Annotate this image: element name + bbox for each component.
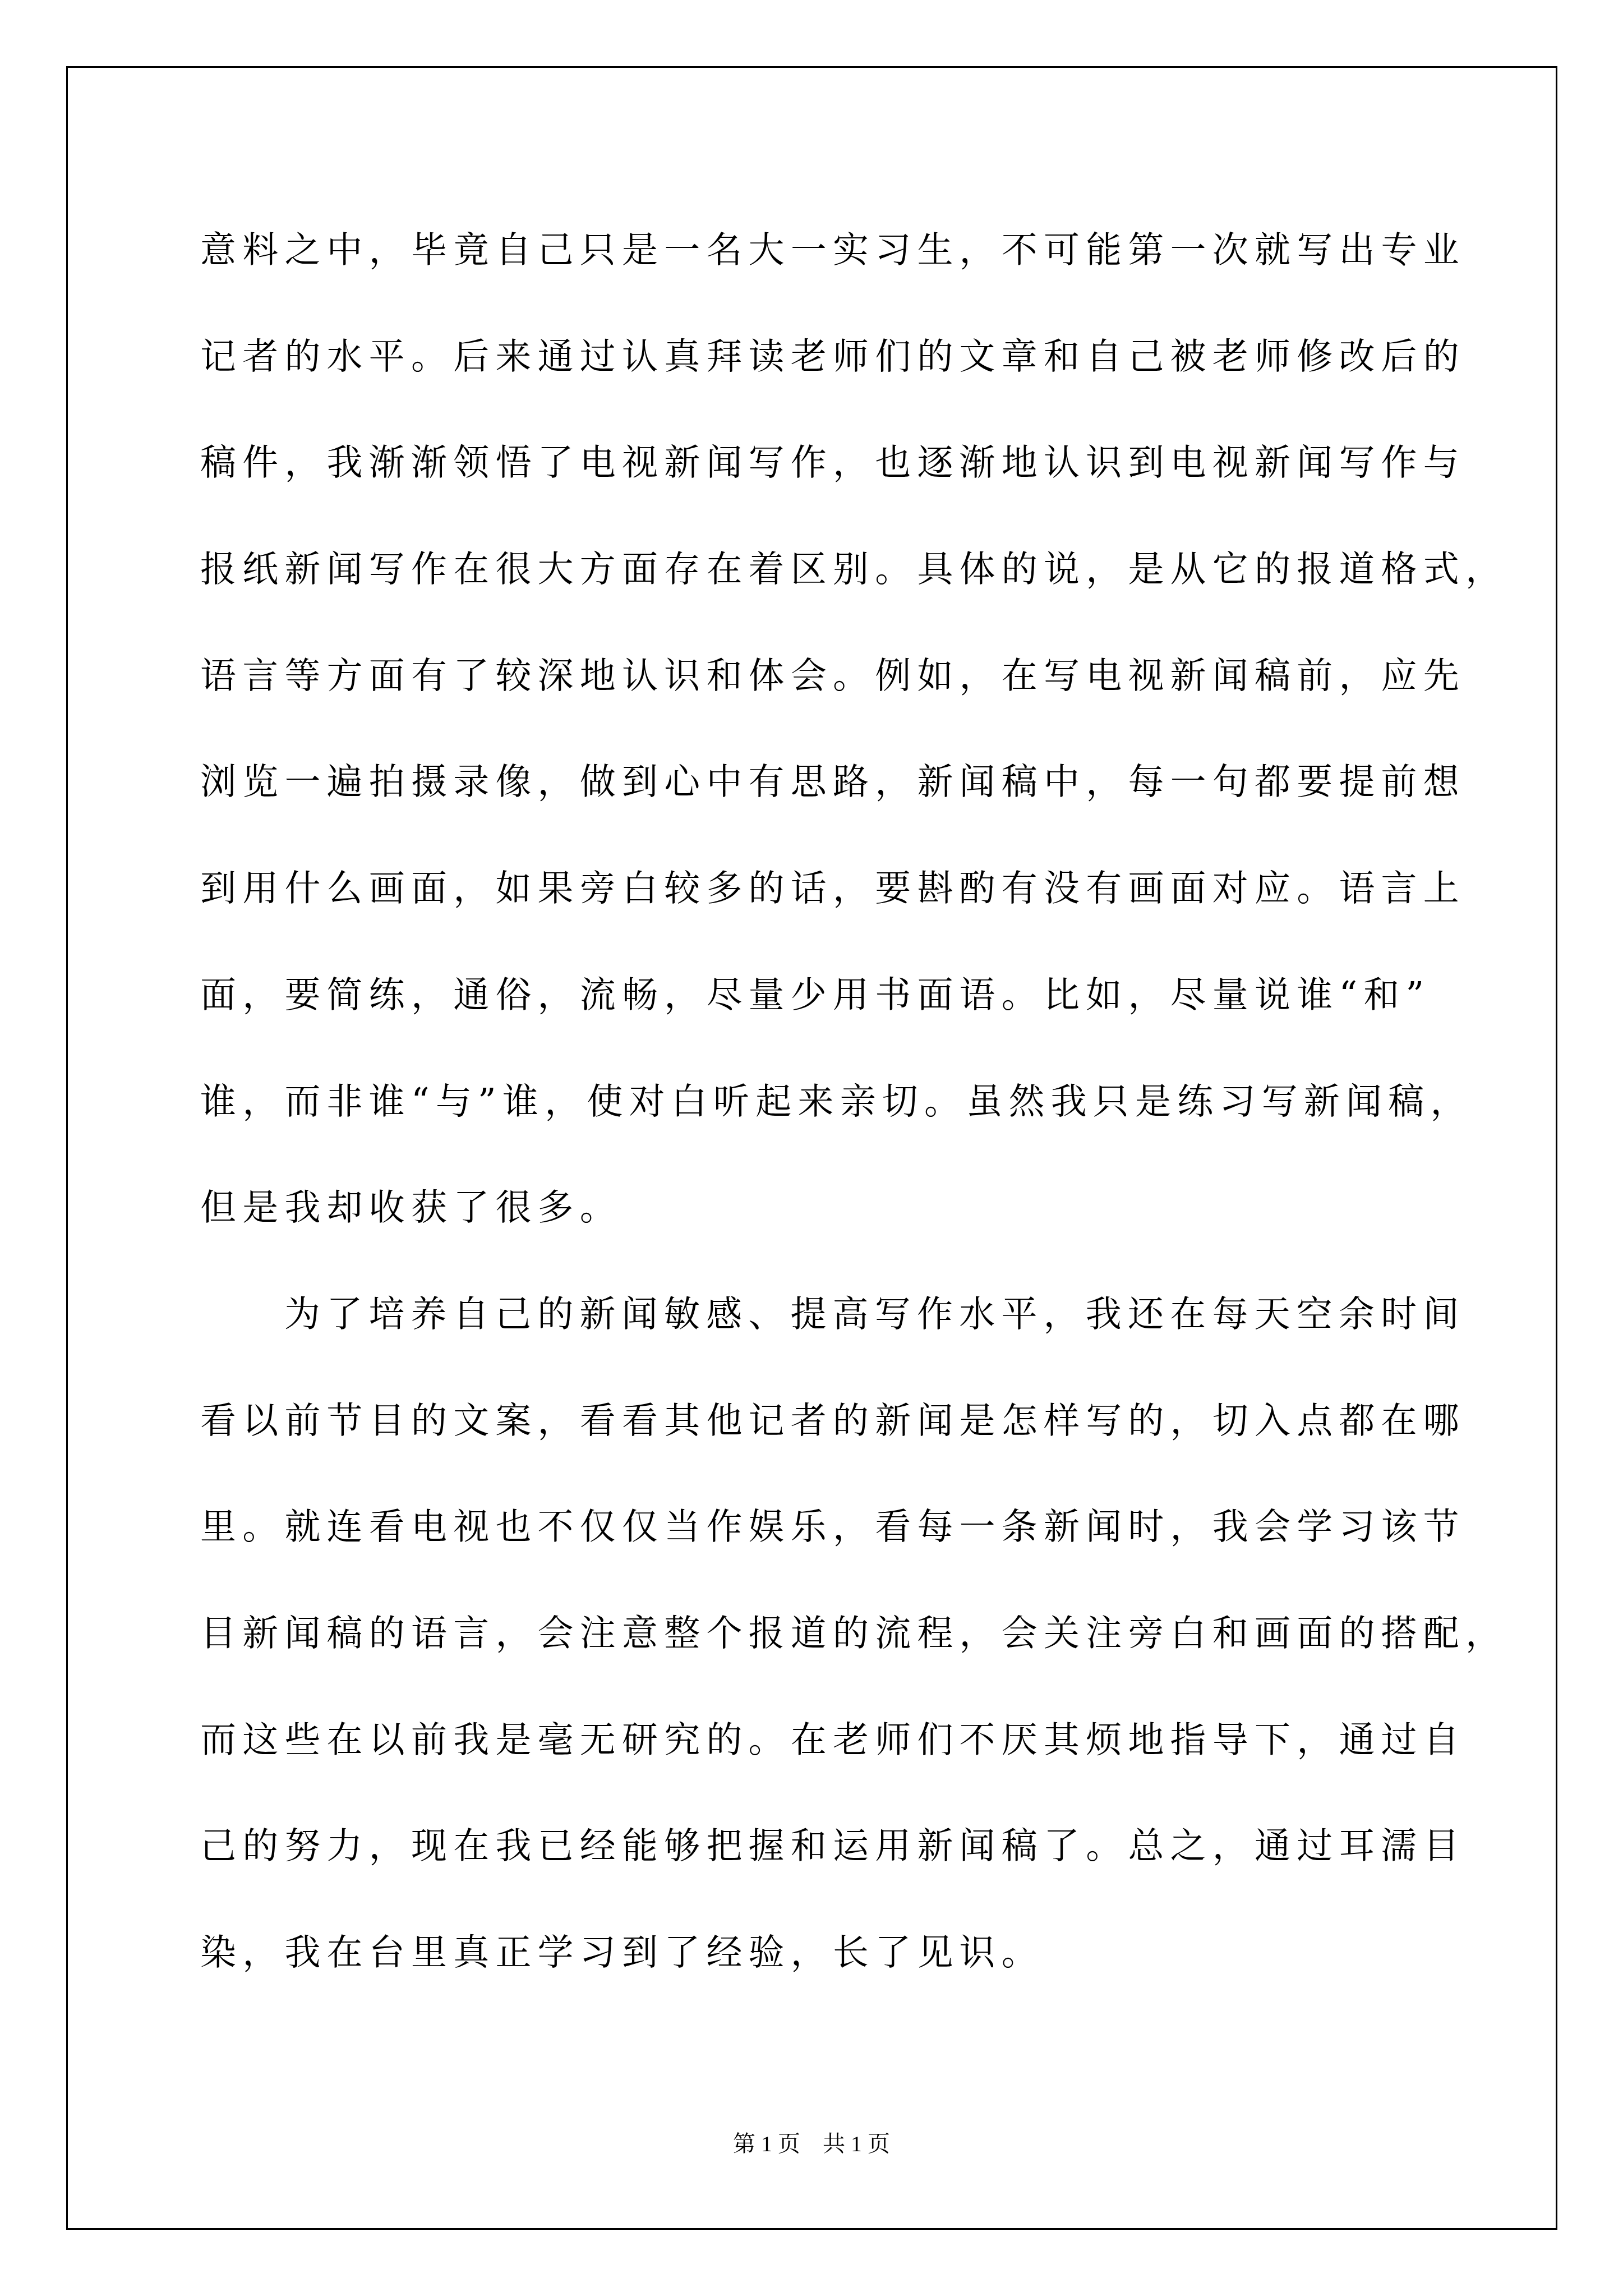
text-line: 里。就连看电视也不仅仅当作娱乐，看每一条新闻时，我会学习该节 xyxy=(200,1504,1465,1549)
text-line: 意料之中，毕竟自己只是一名大一实习生，不可能第一次就写出专业 xyxy=(200,228,1465,273)
text-line: 染，我在台里真正学习到了经验，长了见识。 xyxy=(200,1930,1044,1975)
text-line: 谁，而非谁“与”谁，使对白听起来亲切。虽然我只是练习写新闻稿， xyxy=(200,1079,1473,1124)
text-line: 语言等方面有了较深地认识和体会。例如，在写电视新闻稿前，应先 xyxy=(200,654,1465,698)
text-line: 报纸新闻写作在很大方面存在着区别。具体的说，是从它的报道格式， xyxy=(200,547,1507,592)
text-line: 为了培养自己的新闻敏感、提高写作水平，我还在每天空余时间 xyxy=(284,1292,1465,1337)
text-line: 记者的水平。后来通过认真拜读老师们的文章和自己被老师修改后的 xyxy=(200,334,1465,379)
page-number-footer: 第 1 页 共 1 页 xyxy=(0,2129,1623,2159)
text-line: 浏览一遍拍摄录像，做到心中有思路，新闻稿中，每一句都要提前想 xyxy=(200,760,1465,804)
page-border xyxy=(66,66,1557,2230)
text-line: 到用什么画面，如果旁白较多的话，要斟酌有没有画面对应。语言上 xyxy=(200,866,1465,911)
text-line: 看以前节目的文案，看看其他记者的新闻是怎样写的，切入点都在哪 xyxy=(200,1398,1465,1443)
text-line: 稿件，我渐渐领悟了电视新闻写作，也逐渐地认识到电视新闻写作与 xyxy=(200,440,1465,485)
text-line: 但是我却收获了很多。 xyxy=(200,1185,622,1230)
text-line: 目新闻稿的语言，会注意整个报道的流程，会关注旁白和画面的搭配， xyxy=(200,1611,1507,1656)
text-line: 己的努力，现在我已经能够把握和运用新闻稿了。总之，通过耳濡目 xyxy=(200,1824,1465,1869)
text-line: 而这些在以前我是毫无研究的。在老师们不厌其烦地指导下，通过自 xyxy=(200,1718,1465,1763)
text-line: 面，要简练，通俗，流畅，尽量少用书面语。比如，尽量说谁“和” xyxy=(200,973,1430,1018)
